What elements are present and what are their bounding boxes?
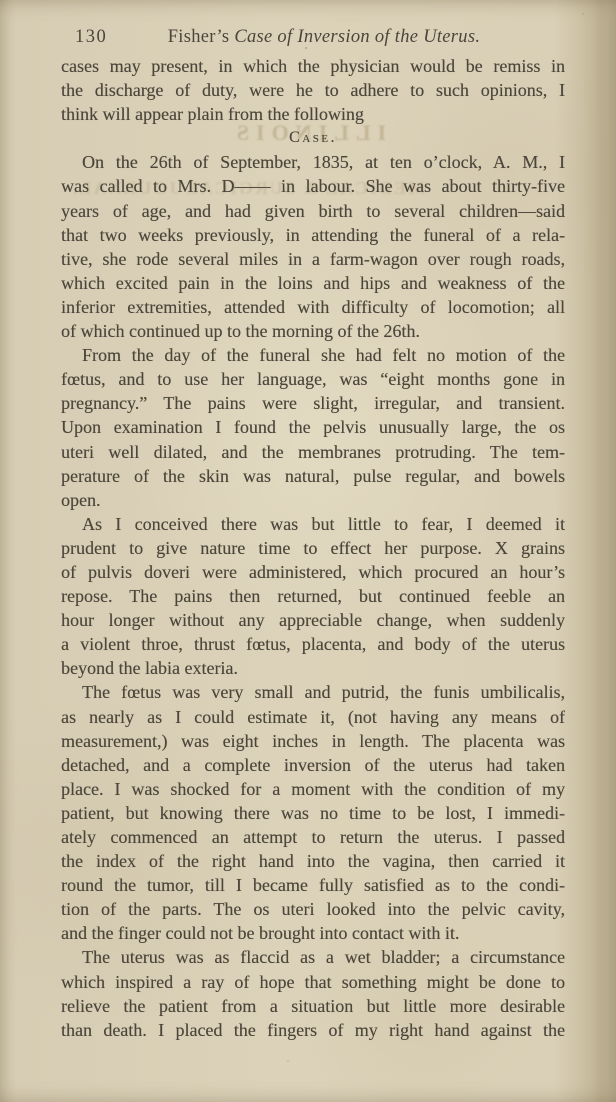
text-line: tion of the parts. The os uteri looked i… [61, 897, 565, 921]
text-line: the discharge of duty, were he to adhere… [61, 78, 565, 102]
text-line: was called to Mrs. D—— in labour. She wa… [61, 174, 565, 198]
section-heading: Case. [61, 126, 565, 150]
text-line: a violent throe, thrust fœtus, placenta,… [61, 632, 565, 656]
text-line: years of age, and had given birth to sev… [61, 199, 565, 223]
text-line: perature of the skin was natural, pulse … [61, 464, 565, 488]
text-line: open. [61, 488, 565, 512]
text-line: than death. I placed the fingers of my r… [61, 1018, 565, 1042]
text-line: beyond the labia exteria. [61, 656, 565, 680]
text-line: tive, she rode several miles in a farm-w… [61, 247, 565, 271]
text-line: hour longer without any appreciable chan… [61, 608, 565, 632]
text-line: As I conceived there was but little to f… [61, 512, 565, 536]
text-line: The fœtus was very small and putrid, the… [61, 680, 565, 704]
text-line: uteri well dilated, and the membranes pr… [61, 440, 565, 464]
text-line: inferior extremities, attended with diff… [61, 295, 565, 319]
running-header: 130 Fisher’s Case of Inversion of the Ut… [0, 26, 616, 48]
text-line: Upon examination I found the pelvis unus… [61, 415, 565, 439]
text-line: ately commenced an attempt to return the… [61, 825, 565, 849]
text-line: prudent to give nature time to effect he… [61, 536, 565, 560]
text-line: relieve the patient from a situation but… [61, 994, 565, 1018]
text-line: patient, but knowing there was no time t… [61, 801, 565, 825]
text-line: that two weeks previously, in attending … [61, 223, 565, 247]
text-line: the index of the right hand into the vag… [61, 849, 565, 873]
scanned-book-page: ILLINOIS MEDICAL & SURGICAL JOURNAL. 130… [0, 0, 616, 1102]
text-line: think will appear plain from the followi… [61, 102, 565, 126]
text-line: as nearly as I could estimate it, (not h… [61, 705, 565, 729]
text-line: From the day of the funeral she had felt… [61, 343, 565, 367]
text-line: pregnancy.” The pains were slight, irreg… [61, 391, 565, 415]
text-line: which inspired a ray of hope that someth… [61, 970, 565, 994]
running-title: Fisher’s Case of Inversion of the Uterus… [16, 26, 616, 48]
page-body: cases may present, in which the physicia… [61, 54, 565, 1042]
text-line: and the finger could not be brought into… [61, 921, 565, 945]
text-line: On the 26th of September, 1835, at ten o… [61, 150, 565, 174]
text-line: round the tumor, till I became fully sat… [61, 873, 565, 897]
text-line: detached, and a complete inversion of th… [61, 753, 565, 777]
running-title-author: Fisher’s [168, 27, 235, 47]
text-line: place. I was shocked for a moment with t… [61, 777, 565, 801]
text-line: The uterus was as flaccid as a wet bladd… [61, 945, 565, 969]
running-title-work: Case of Inversion of the Uterus. [234, 27, 480, 47]
text-line: cases may present, in which the physicia… [61, 54, 565, 78]
text-line: of pulvis doveri were administered, whic… [61, 560, 565, 584]
text-line: measurement,) was eight inches in length… [61, 729, 565, 753]
text-line: repose. The pains then returned, but con… [61, 584, 565, 608]
text-line: of which continued up to the morning of … [61, 319, 565, 343]
text-line: fœtus, and to use her language, was “eig… [61, 367, 565, 391]
text-line: which excited pain in the loins and hips… [61, 271, 565, 295]
